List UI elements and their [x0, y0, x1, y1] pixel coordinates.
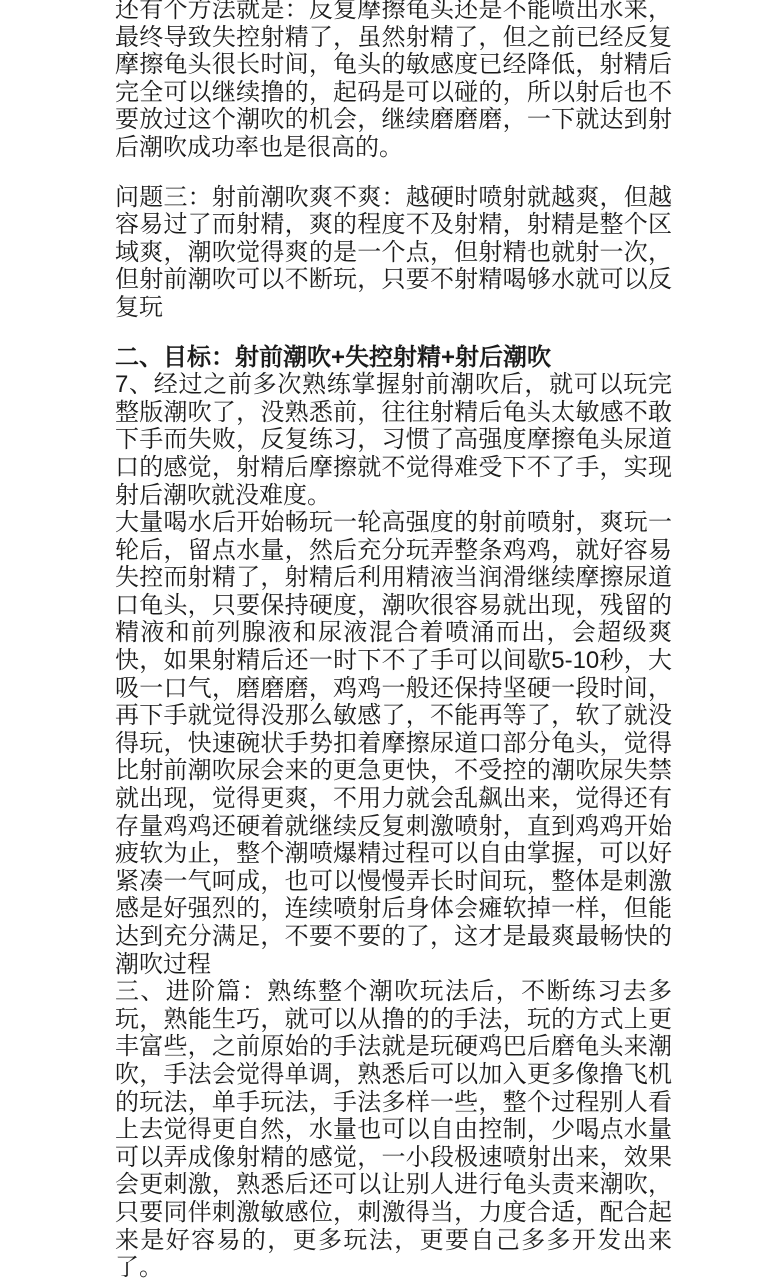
paragraph-question-three: 问题三：射前潮吹爽不爽：越硬时喷射就越爽，但越容易过了而射精，爽的程度不及射精，… [115, 184, 672, 322]
paragraph-advanced-section: 三、进阶篇：熟练整个潮吹玩法后，不断练习去多玩，熟能生巧，就可以从撸的的手法，玩… [115, 978, 672, 1280]
document-page: 还有个方法就是：反复摩擦龟头还是不能喷出水来，最终导致失控射精了，虽然射精了，但… [0, 0, 778, 1280]
paragraph-method-note: 还有个方法就是：反复摩擦龟头还是不能喷出水来，最终导致失控射精了，虽然射精了，但… [115, 0, 672, 162]
paragraph-step-seven: 7、经过之前多次熟练掌握射前潮吹后，就可以玩完整版潮吹了，没熟悉前，往往射精后龟… [115, 371, 672, 509]
section-heading-goal: 二、目标：射前潮吹+失控射精+射后潮吹 [115, 344, 672, 372]
text-content: 还有个方法就是：反复摩擦龟头还是不能喷出水来，最终导致失控射精了，虽然射精了，但… [115, 0, 672, 1280]
paragraph-full-process: 大量喝水后开始畅玩一轮高强度的射前喷射，爽玩一轮后，留点水量，然后充分玩弄整条鸡… [115, 509, 672, 978]
